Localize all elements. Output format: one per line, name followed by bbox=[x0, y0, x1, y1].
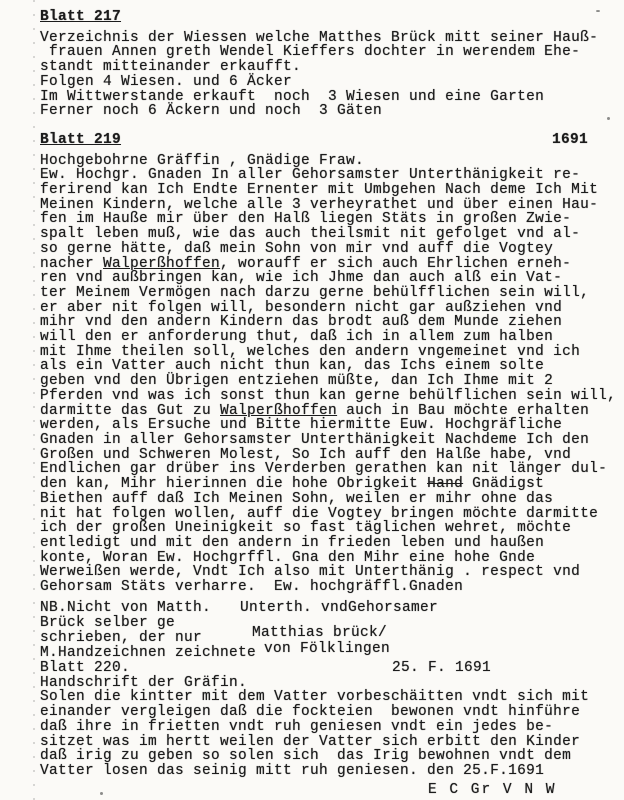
text-line: werden, als Ersuche und Bitte hiermitte … bbox=[40, 418, 616, 433]
text-line: einander vergleigen daß die fockteien be… bbox=[40, 705, 616, 720]
section-heading-blatt-219: Blatt 219 bbox=[40, 133, 121, 148]
text-line: ferirend kan Ich Endte Ernenter mit Umbg… bbox=[40, 183, 616, 198]
text-line: spalt leben muß, wie das auch theilsmit … bbox=[40, 227, 616, 242]
text-line: Vatter losen das seinig mitt ruh geniese… bbox=[40, 764, 616, 779]
text-line: will den er anforderung thut, daß ich in… bbox=[40, 330, 616, 345]
monogram-initials: E C Gr V N W bbox=[40, 783, 616, 798]
text-line: Pferden vnd was ich sonst thun kan gerne… bbox=[40, 389, 616, 404]
text-line: ter Meinem Vermögen nach darzu gerne beh… bbox=[40, 286, 616, 301]
text-line: ren vnd außbringen kan, wie ich Jhme dan… bbox=[40, 271, 616, 286]
text-line: Solen die kintter mit dem Vatter vorbesc… bbox=[40, 690, 616, 705]
text-line: Ferner noch 6 Äckern und noch 3 Gäten bbox=[40, 104, 616, 119]
text-line: standt mitteinander erkaufft. bbox=[40, 60, 616, 75]
scanned-typewritten-document: Blatt 217 Verzeichnis der Wiessen welche… bbox=[0, 0, 624, 800]
signature-name: Matthias brück/ bbox=[252, 626, 387, 641]
text-line: Ew. Hochgr. Gnaden In aller Gehorsamster… bbox=[40, 168, 616, 183]
text-line: nit hat folgen wollen, auff die Vogtey b… bbox=[40, 507, 616, 522]
text-line: fen im Hauße mir über den Halß liegen St… bbox=[40, 212, 616, 227]
text-line: den kan, Mihr hierinnen die hohe Obrigke… bbox=[40, 477, 616, 492]
scan-speck bbox=[100, 792, 103, 795]
section-header-blatt-219: Blatt 219 1691 bbox=[40, 133, 616, 154]
text-line: daß ihre in frietten vndt ruh geniesen v… bbox=[40, 720, 616, 735]
text-line: Im Wittwerstande erkauft noch 3 Wiesen u… bbox=[40, 90, 616, 105]
nb-note-and-signature-block: NB.Nicht von Matth. Brück selber ge schr… bbox=[40, 601, 616, 661]
year-label: 1691 bbox=[552, 133, 588, 154]
text-line: mihr vnd den andern Kindern das brodt au… bbox=[40, 315, 616, 330]
text-line: ich der großen Uneinigkeit so fast tägli… bbox=[40, 521, 616, 536]
text-line: daß irig zu geben so solen sich das Irig… bbox=[40, 749, 616, 764]
date-label: 25. F. 1691 bbox=[392, 661, 491, 676]
text-line: so gerne hätte, daß mein Sohn von mir vn… bbox=[40, 242, 616, 257]
scan-speck bbox=[607, 117, 610, 120]
scan-margin-artifact bbox=[33, 0, 35, 800]
text-line: geben vnd den Übrigen entziehen müßte, d… bbox=[40, 374, 616, 389]
section-header-blatt-220: Blatt 220. 25. F. 1691 bbox=[40, 661, 616, 676]
text-line: Biethen auff daß Ich Meinen Sohn, weilen… bbox=[40, 492, 616, 507]
text-line: als ein Vatter auch nicht thun kan, das … bbox=[40, 359, 616, 374]
signature-place: von Fölklingen bbox=[264, 642, 390, 657]
section-heading-blatt-220: Blatt 220. bbox=[40, 661, 130, 676]
line-fragment: Gnädigst bbox=[463, 476, 544, 492]
scan-speck bbox=[596, 10, 600, 12]
text-line: Endlichen gar drüber ins Verderben gerat… bbox=[40, 462, 616, 477]
line-fragment: den kan, Mihr hierinnen die hohe Obrigke… bbox=[40, 476, 427, 492]
text-line: Werweißen werde, Vndt Ich also mit Unter… bbox=[40, 565, 616, 580]
section-gap bbox=[40, 119, 616, 133]
text-line: Gnaden in aller Gehorsamster Unterthänig… bbox=[40, 433, 616, 448]
section-heading-blatt-217: Blatt 217 bbox=[40, 10, 616, 25]
closing-formula: Unterth. vndGehorsamer bbox=[240, 601, 438, 616]
text-line: Folgen 4 Wiesen. und 6 Äcker bbox=[40, 75, 616, 90]
text-line: entledigt und mit den andern in frieden … bbox=[40, 536, 616, 551]
text-line: frauen Annen greth Wendel Kieffers docht… bbox=[40, 45, 616, 60]
struck-out-word: Hand bbox=[427, 476, 463, 492]
text-line: Gehorsam Stäts verharre. Ew. hochgräffl.… bbox=[40, 580, 616, 595]
